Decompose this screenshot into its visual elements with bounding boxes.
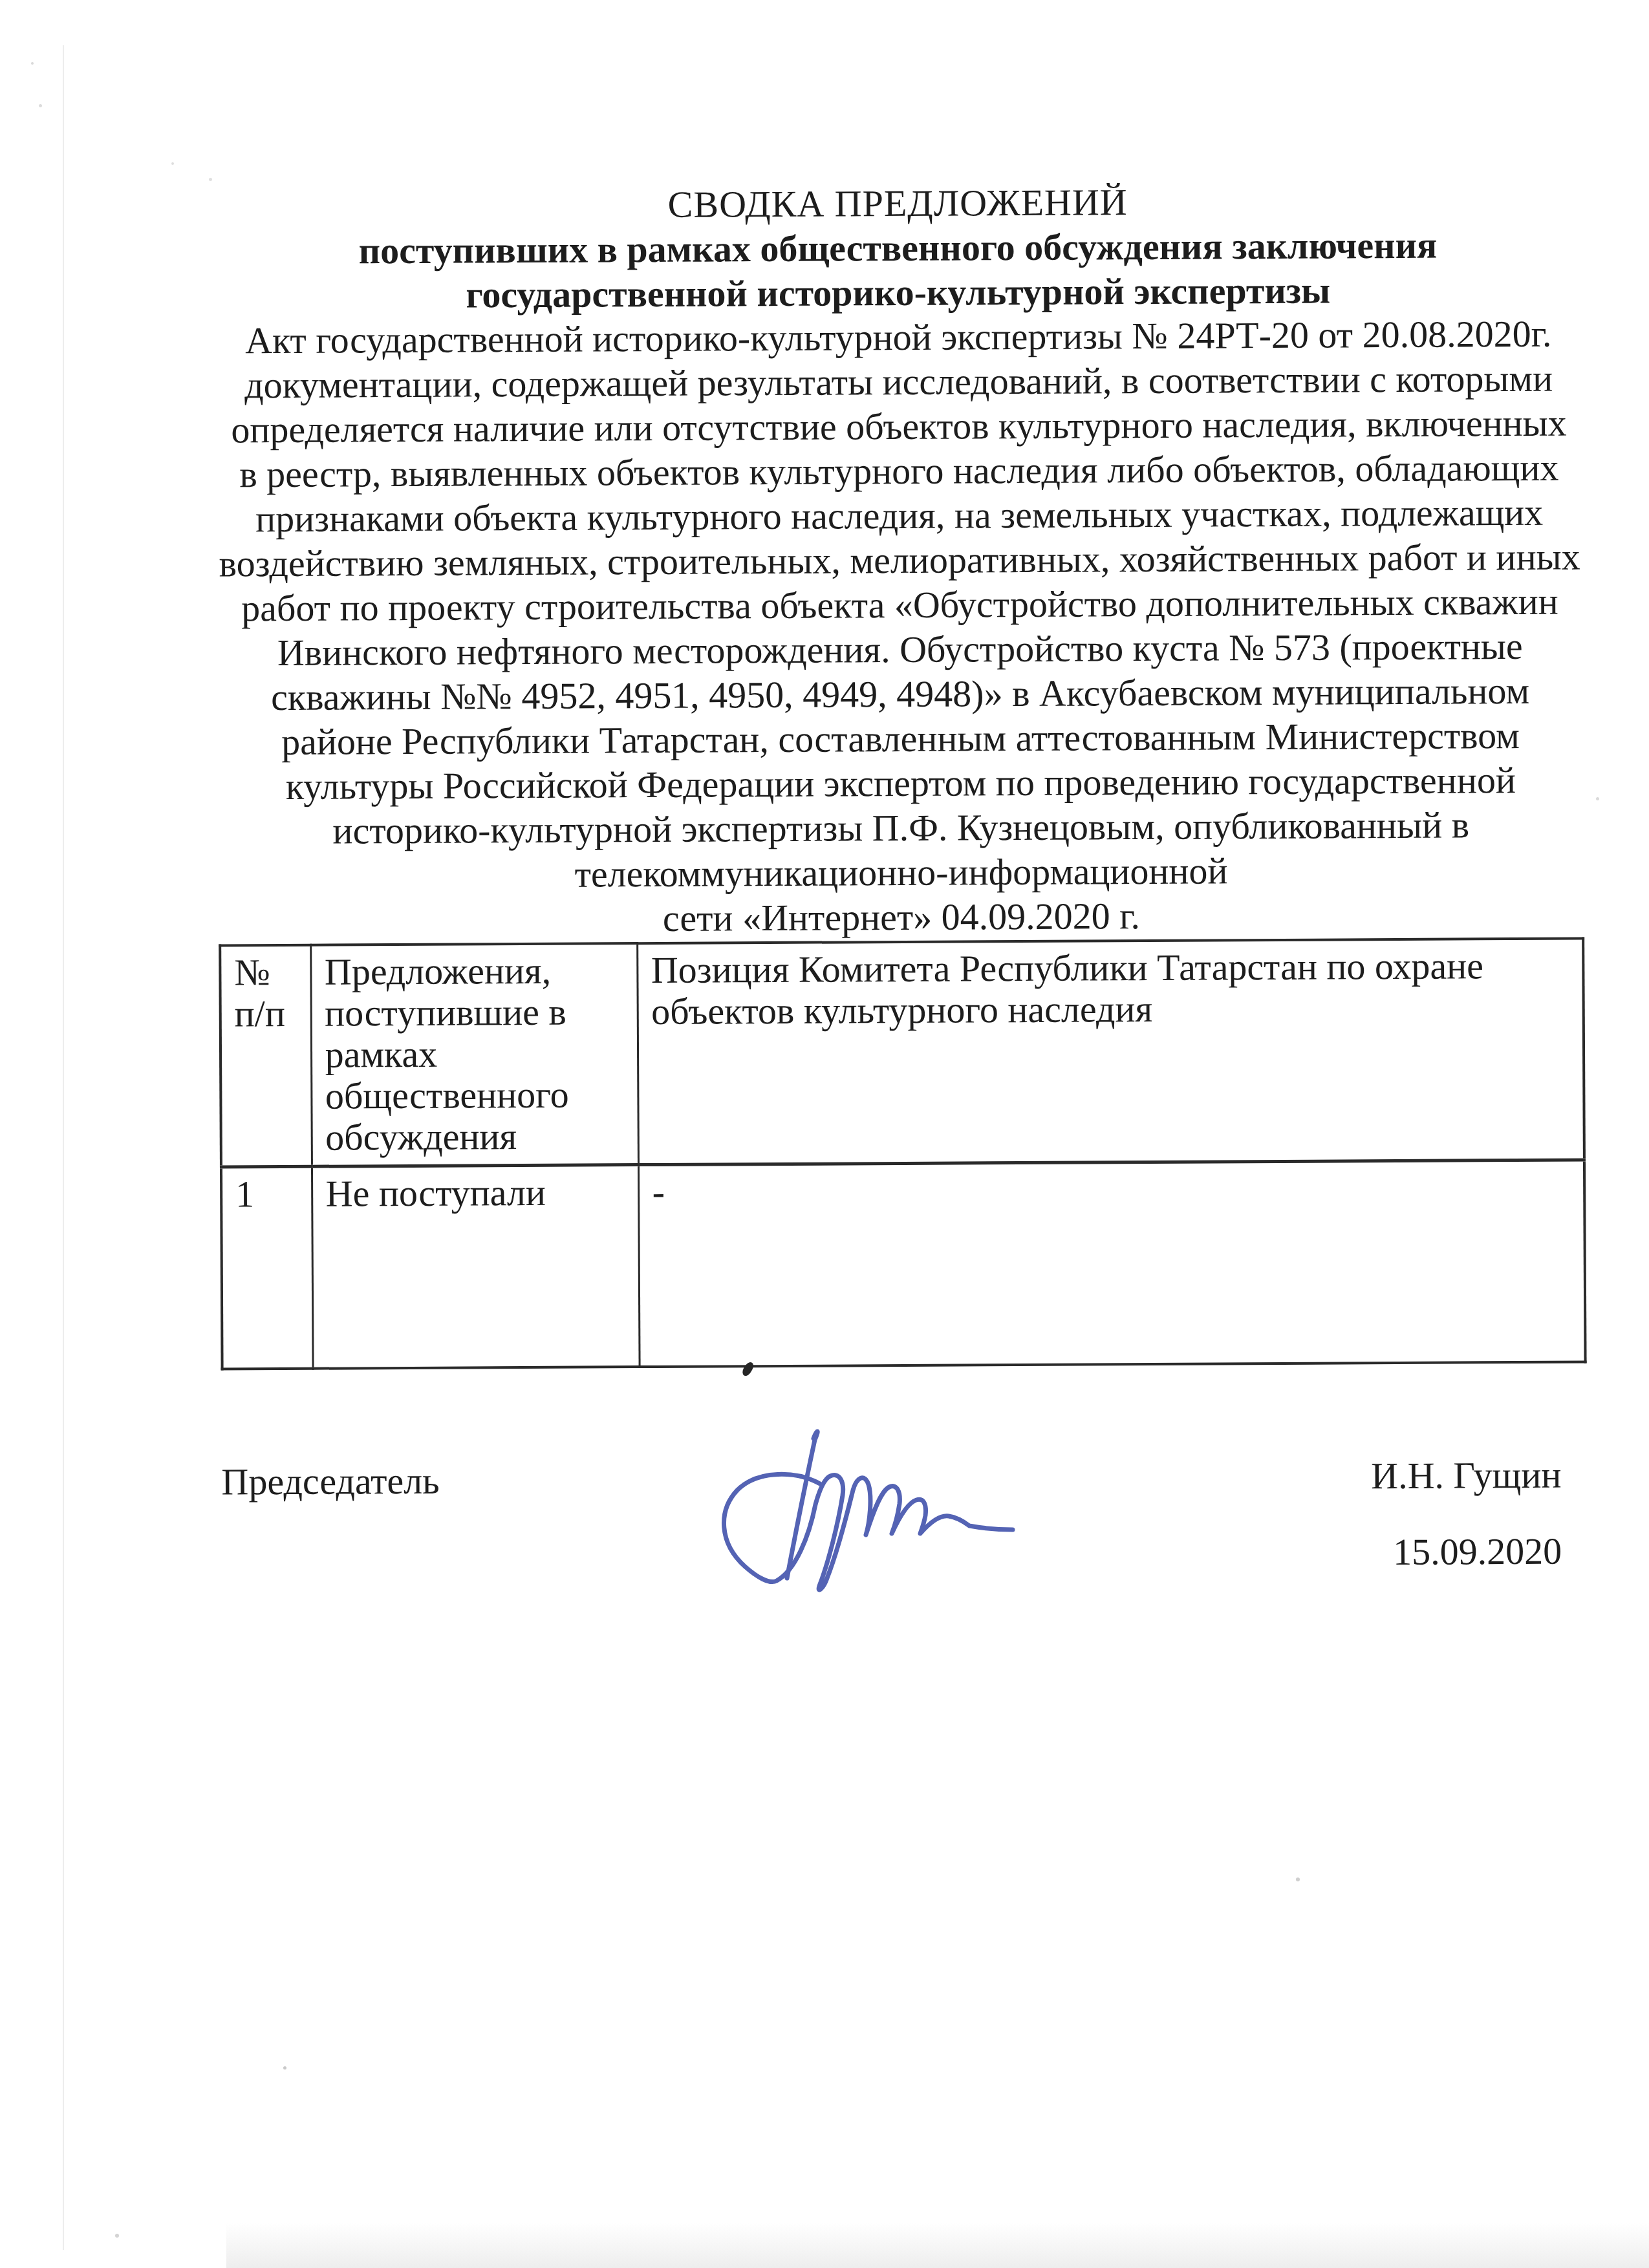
scan-speck — [1596, 797, 1599, 800]
signature — [711, 1419, 1022, 1600]
intro-line: культуры Российской Федерации экспертом … — [218, 757, 1584, 809]
subtitle-line: поступивших в рамках общественного обсуж… — [215, 222, 1580, 273]
scan-speck — [115, 2234, 119, 2238]
document-content: СВОДКА ПРЕДЛОЖЕНИЙ поступивших в рамках … — [215, 177, 1588, 1581]
cell-row-number: 1 — [221, 1166, 313, 1369]
intro-line: скважины №№ 4952, 4951, 4950, 4949, 4948… — [217, 668, 1583, 720]
scan-shadow — [226, 2223, 1649, 2268]
intro-line: в реестр, выявленных объектов культурног… — [216, 445, 1582, 497]
proposals-table: № п/п Предложения, поступившие в рамках … — [219, 937, 1586, 1370]
column-header-position: Позиция Комитета Республики Татарстан по… — [637, 938, 1584, 1164]
intro-line: сети «Интернет» 04.09.2020 г. — [219, 891, 1584, 943]
intro-line: определяется наличие или отсутствие объе… — [216, 400, 1582, 452]
intro-line: документации, содержащей результаты иссл… — [215, 356, 1581, 407]
scan-speck — [209, 178, 212, 181]
chairman-label: Председатель — [221, 1459, 439, 1505]
subtitle-line: государственной историко-культурной эксп… — [215, 266, 1581, 318]
intro-line: признаками объекта культурного наследия,… — [217, 489, 1582, 541]
cell-position: - — [638, 1160, 1586, 1367]
scanned-document-page: СВОДКА ПРЕДЛОЖЕНИЙ поступивших в рамках … — [0, 0, 1649, 2268]
intro-line: телекоммуникационно-информационной — [218, 846, 1584, 898]
intro-line: районе Республики Татарстан, составленны… — [217, 712, 1583, 764]
table-row: 1 Не поступали - — [221, 1160, 1586, 1369]
scanner-streak — [63, 45, 64, 2250]
scan-speck — [39, 104, 42, 107]
signer-name: И.Н. Гущин — [1371, 1453, 1562, 1499]
scan-speck — [31, 62, 34, 65]
column-header-proposals: Предложения, поступившие в рамках общест… — [310, 943, 638, 1166]
column-header-num: № п/п — [220, 945, 312, 1167]
scan-speck — [1296, 1878, 1300, 1881]
scan-speck — [283, 2066, 286, 2070]
intro-line: историко-культурной экспертизы П.Ф. Кузн… — [218, 802, 1584, 853]
document-intro-paragraph: Акт государственной историко-культурной … — [215, 311, 1584, 943]
intro-line: Акт государственной историко-культурной … — [215, 311, 1581, 363]
document-title: СВОДКА ПРЕДЛОЖЕНИЙ — [215, 177, 1580, 229]
table-header-row: № п/п Предложения, поступившие в рамках … — [220, 938, 1584, 1167]
scan-speck — [171, 162, 174, 165]
document-subtitle: поступивших в рамках общественного обсуж… — [215, 222, 1581, 318]
intro-line: воздействию земляных, строительных, мели… — [217, 534, 1582, 586]
intro-line: работ по проекту строительства объекта «… — [217, 579, 1582, 630]
intro-line: Ивинского нефтяного месторождения. Обуст… — [217, 623, 1583, 675]
cell-proposals: Не поступали — [312, 1165, 640, 1369]
